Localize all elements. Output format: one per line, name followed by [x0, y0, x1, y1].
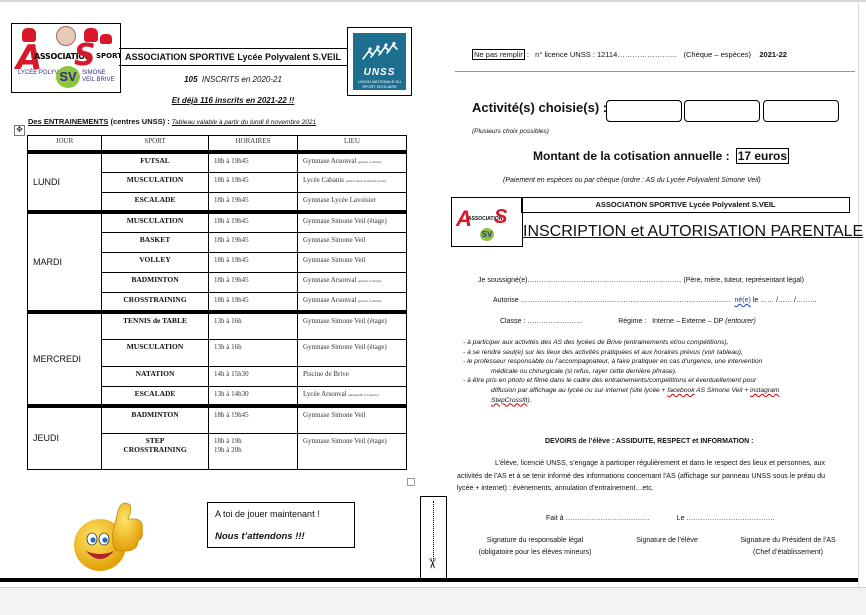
- lieu-cell: Gymnase Simone Veil: [298, 232, 407, 252]
- table-row: MERCREDITENNIS de TABLE13h à 16hGymnase …: [28, 312, 407, 339]
- horaires-cell: 18h à 19h45: [209, 272, 298, 292]
- activities-label: Activité(s) choisie(s) :: [472, 100, 607, 115]
- horaires-cell: 13h à 16h: [209, 312, 298, 339]
- sport-cell: BADMINTON: [102, 406, 209, 433]
- sport-cell: BASKET: [102, 232, 209, 252]
- table-row: MARDIMUSCULATION18h à 19h45Gymnase Simon…: [28, 212, 407, 232]
- bullet-item: - le professeur responsable ou l’accompa…: [463, 357, 853, 367]
- lieu-cell: Gymnase Simone Veil: [298, 406, 407, 433]
- horaires-cell: 18h à 19h45: [209, 192, 298, 212]
- portrait-icon: [56, 26, 76, 46]
- header-divider: [455, 71, 855, 72]
- page-bottom-rule: [0, 578, 858, 582]
- bullet-item-cont: diffusion par affichage au lycée ou sur …: [463, 386, 853, 396]
- lieu-note: (passer à droite): [358, 299, 381, 303]
- lieu-cell: Gymnase Arsonval (passer à droite): [298, 292, 407, 312]
- activity-choice-3[interactable]: [763, 100, 839, 122]
- table-row: JEUDIBADMINTON18h à 19h45Gymnase Simone …: [28, 406, 407, 433]
- lieu-cell: Gymnase Arsonval (passer à droite): [298, 272, 407, 292]
- col-jour: JOUR: [28, 136, 102, 153]
- soussigne-field[interactable]: Je soussigné(e)………………………………………………………… (P…: [478, 277, 804, 284]
- form-main-title: INSCRIPTION et AUTORISATION PARENTALE: [523, 223, 863, 241]
- devoirs-paragraph: L’élève, licencié UNSS, s’engage à parti…: [457, 458, 825, 496]
- page-right-border: [858, 0, 859, 615]
- lieu-note: (demander à l'entrée): [349, 393, 379, 397]
- sport-cell: CROSSTRAINING: [102, 292, 209, 312]
- lieu-cell: Gymnase Simone Veil (étage): [298, 212, 407, 232]
- bullet-item: - à être pris en photo et filmé dans le …: [463, 376, 853, 386]
- fee-line: Montant de la cotisation annuelle :17 eu…: [533, 149, 789, 163]
- sport-cell: BADMINTON: [102, 272, 209, 292]
- lieu-cell: Gymnase Simone Veil (étage): [298, 312, 407, 339]
- dotted-cut-line: [433, 501, 434, 559]
- sport-cell: FUTSAL: [102, 152, 209, 172]
- day-cell: LUNDI: [28, 152, 102, 212]
- page-gap: [0, 587, 866, 615]
- signature-parent[interactable]: Signature du responsable légal(obligatoi…: [456, 535, 614, 559]
- header-title: ASSOCIATION SPORTIVE Lycée Polyvalent S.…: [119, 48, 347, 66]
- signature-president[interactable]: Signature du Président de l’AS(Chef d’ét…: [728, 535, 848, 559]
- sport-cell: TENNIS de TABLE: [102, 312, 209, 339]
- horaires-cell: 18h à 19h45: [209, 292, 298, 312]
- fee-value: 17 euros: [736, 148, 789, 164]
- horaires-cell: 18h à 19h 19h à 20h: [209, 433, 298, 469]
- lieu-cell: Gymnase Lycée Lavoisier: [298, 192, 407, 212]
- cut-line-box: ✂: [420, 496, 447, 579]
- trainings-heading: Des ENTRAINEMENTS (centres UNSS) : Table…: [28, 117, 316, 126]
- fait-a-le-field[interactable]: Fait à ……………………………… Le ………………………………..: [546, 515, 774, 522]
- lieu-cell: Gymnase Arsonval (passer à droite): [298, 152, 407, 172]
- horaires-cell: 14h à 15h30: [209, 366, 298, 386]
- col-horaires: HORAIRES: [209, 136, 298, 153]
- col-sport: SPORT: [102, 136, 209, 153]
- callout-box: A toi de jouer maintenant ! Nous t’atten…: [207, 502, 355, 548]
- lieu-note: (passer à droite): [358, 160, 381, 164]
- inscrits-2021: Et déjà 116 inscrits en 2021-22 !!: [119, 96, 347, 105]
- lieu-cell: Gymnase Simone Veil: [298, 252, 407, 272]
- table-row: LUNDIFUTSAL18h à 19h45Gymnase Arsonval (…: [28, 152, 407, 172]
- as-logo: A ASSOCIATION S SPORTIVE LYCÉE POLYVALEN…: [11, 23, 121, 93]
- licence-line: Ne pas remplir : n° licence UNSS : 12114…: [472, 50, 787, 59]
- sport-cell: ESCALADE: [102, 386, 209, 406]
- payment-note: (Paiement en espèces ou par chèque (ordr…: [503, 177, 761, 184]
- horaires-cell: 18h à 19h45: [209, 406, 298, 433]
- signature-eleve[interactable]: Signature de l’élève: [622, 535, 712, 547]
- activity-choice-1[interactable]: [606, 100, 682, 122]
- sport-cell: MUSCULATION: [102, 212, 209, 232]
- activities-hint: (Plusieurs choix possibles): [472, 128, 549, 135]
- lieu-cell: Gymnase Simone Veil (étage): [298, 433, 407, 469]
- sport-cell: MUSCULATION: [102, 172, 209, 192]
- bullet-item: - à se rendre seul(e) sur les lieux des …: [463, 348, 853, 358]
- devoirs-title: DEVOIRS de l’élève : ASSIDUITE, RESPECT …: [545, 438, 753, 445]
- activity-choice-2[interactable]: [684, 100, 760, 122]
- lieu-cell: Gymnase Simone Veil (étage): [298, 339, 407, 366]
- sport-cell: VOLLEY: [102, 252, 209, 272]
- scissors-icon: ✂: [423, 558, 440, 570]
- schedule-table: JOUR SPORT HORAIRES LIEU LUNDIFUTSAL18h …: [27, 135, 407, 470]
- classe-regime-field[interactable]: Classe : …………………… Régime : Interne – Ext…: [500, 318, 756, 325]
- sport-cell: MUSCULATION: [102, 339, 209, 366]
- lieu-note: (passer à droite): [358, 279, 381, 283]
- as-logo-small: A ASSOCIATION S SV: [451, 197, 523, 247]
- horaires-cell: 18h à 19h45: [209, 252, 298, 272]
- lieu-note: (entrer dans le hall du lycée): [346, 179, 386, 183]
- sport-cell: STEP CROSSTRAINING: [102, 433, 209, 469]
- horaires-cell: 13h à 14h30: [209, 386, 298, 406]
- bullet-item-cont: médicale ou chirurgicale (si refus, raye…: [463, 367, 853, 377]
- horaires-cell: 18h à 19h45: [209, 212, 298, 232]
- autorise-field[interactable]: Autorise ……………………………………………………………………………… …: [493, 297, 817, 304]
- sport-cell: NATATION: [102, 366, 209, 386]
- horaires-cell: 18h à 19h45: [209, 152, 298, 172]
- lieu-cell: Lycée Arsonval (demander à l'entrée): [298, 386, 407, 406]
- ne-pas-remplir-box: Ne pas remplir: [472, 49, 525, 60]
- authorization-list: - à participer aux activités des AS des …: [463, 338, 853, 405]
- day-cell: JEUDI: [28, 406, 102, 469]
- lieu-cell: Lycée Cabanis (entrer dans le hall du ly…: [298, 172, 407, 192]
- unss-logo: UNSS UNION NATIONALE DU SPORT SCOLAIRE: [347, 27, 412, 96]
- horaires-cell: 18h à 19h45: [209, 172, 298, 192]
- horaires-cell: 18h à 19h45: [209, 232, 298, 252]
- runners-icon: [361, 41, 399, 61]
- form-assoc-title: ASSOCIATION SPORTIVE Lycée Polyvalent S.…: [521, 197, 850, 213]
- horaires-cell: 13h à 16h: [209, 339, 298, 366]
- lieu-cell: Piscine de Brive: [298, 366, 407, 386]
- col-lieu: LIEU: [298, 136, 407, 153]
- day-cell: MARDI: [28, 212, 102, 312]
- bullet-item: - à participer aux activités des AS des …: [463, 338, 853, 348]
- thumbs-up-smiley-icon: [70, 497, 150, 573]
- sport-cell: ESCALADE: [102, 192, 209, 212]
- day-cell: MERCREDI: [28, 312, 102, 406]
- table-move-handle[interactable]: ✥: [14, 125, 25, 136]
- inscrits-2020: 105 INSCRITS en 2020-21: [119, 75, 347, 84]
- bullet-item-cont: StepCrossfit).: [463, 396, 853, 406]
- page-top-border: [0, 0, 866, 2]
- table-resize-handle[interactable]: [407, 478, 415, 486]
